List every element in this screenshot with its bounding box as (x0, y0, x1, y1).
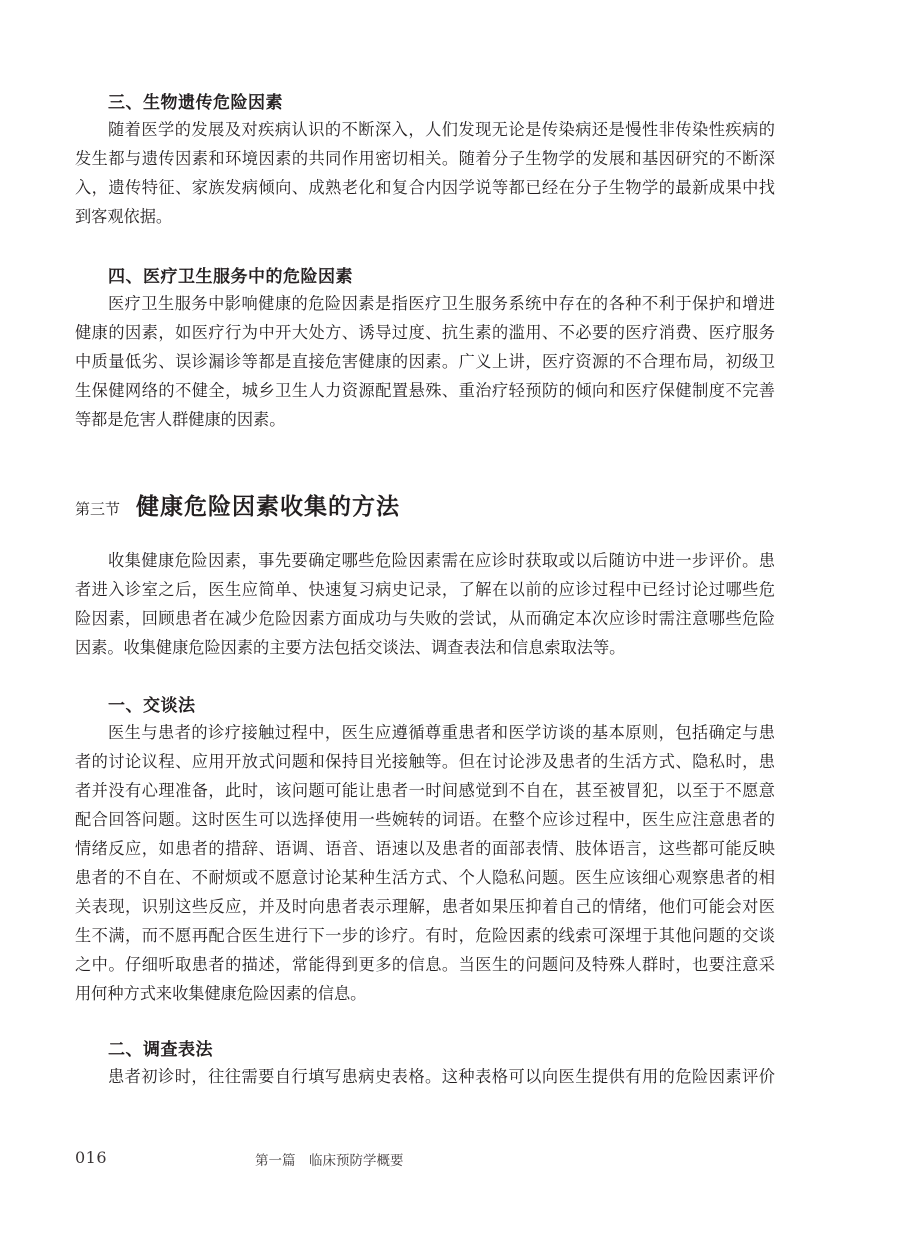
text-line: 生保健网络的不健全，城乡卫生人力资源配置悬殊、重治疗轻预防的倾向和医疗保健制度不… (75, 376, 775, 405)
text-line: 等都是危害人群健康的因素。 (75, 405, 775, 434)
text-line: 健康的因素，如医疗行为中开大处方、诱导过度、抗生素的滥用、不必要的医疗消费、医疗… (75, 318, 775, 347)
text-line: 医疗卫生服务中影响健康的危险因素是指医疗卫生服务系统中存在的各种不利于保护和增进 (75, 289, 775, 318)
text-line: 发生都与遗传因素和环境因素的共同作用密切相关。随着分子生物学的发展和基因研究的不… (75, 144, 775, 173)
text-line: 医生与患者的诊疗接触过程中，医生应遵循尊重患者和医学访谈的基本原则，包括确定与患 (75, 718, 775, 747)
text-line: 者的讨论议程、应用开放式问题和保持目光接触等。但在讨论涉及患者的生活方式、隐私时… (75, 747, 775, 776)
text-line: 患者初诊时，往往需要自行填写患病史表格。这种表格可以向医生提供有用的危险因素评价 (75, 1062, 775, 1091)
running-head: 第一篇 临床预防学概要 (255, 1149, 404, 1169)
paragraph-medical-service-risk: 医疗卫生服务中影响健康的危险因素是指医疗卫生服务系统中存在的各种不利于保护和增进… (75, 289, 775, 434)
text-line: 患者的不自在、不耐烦或不愿意讨论某种生活方式、个人隐私问题。医生应该细心观察患者… (75, 863, 775, 892)
text-line: 者并没有心理准备，此时，该问题可能让患者一时间感觉到不自在，甚至被冒犯，以至于不… (75, 776, 775, 805)
section-number: 第三节 (75, 498, 120, 519)
subheading-questionnaire-method: 二、调查表法 (108, 1035, 213, 1060)
text-line: 者进入诊室之后，医生应简单、快速复习病史记录，了解在以前的应诊过程中已经讨论过哪… (75, 575, 775, 604)
text-line: 收集健康危险因素，事先要确定哪些危险因素需在应诊时获取或以后随访中进一步评价。患 (75, 546, 775, 575)
subheading-medical-service-risk: 四、医疗卫生服务中的危险因素 (108, 262, 353, 287)
text-line: 关表现，识别这些反应，并及时向患者表示理解，患者如果压抑着自己的情绪，他们可能会… (75, 892, 775, 921)
paragraph-questionnaire-method: 患者初诊时，往往需要自行填写患病史表格。这种表格可以向医生提供有用的危险因素评价 (75, 1062, 775, 1091)
text-line: 生不满，而不愿再配合医生进行下一步的诊疗。有时，危险因素的线索可深埋于其他问题的… (75, 921, 775, 950)
text-line: 随着医学的发展及对疾病认识的不断深入，人们发现无论是传染病还是慢性非传染性疾病的 (75, 115, 775, 144)
page-number: 016 (75, 1148, 107, 1167)
text-line: 情绪反应，如患者的措辞、语调、语音、语速以及患者的面部表情、肢体语言，这些都可能… (75, 834, 775, 863)
text-line: 用何种方式来收集健康危险因素的信息。 (75, 979, 775, 1008)
paragraph-interview-method: 医生与患者的诊疗接触过程中，医生应遵循尊重患者和医学访谈的基本原则，包括确定与患… (75, 718, 775, 1008)
text-line: 配合回答问题。这时医生可以选择使用一些婉转的词语。在整个应诊过程中，医生应注意患… (75, 805, 775, 834)
paragraph-section-intro: 收集健康危险因素，事先要确定哪些危险因素需在应诊时获取或以后随访中进一步评价。患… (75, 546, 775, 662)
section-name: 健康危险因素收集的方法 (136, 488, 400, 521)
subheading-interview-method: 一、交谈法 (108, 691, 196, 716)
subheading-biological-risk: 三、生物遗传危险因素 (108, 88, 283, 113)
text-line: 入，遗传特征、家族发病倾向、成熟老化和复合内因学说等都已经在分子生物学的最新成果… (75, 173, 775, 202)
text-line: 险因素，回顾患者在减少危险因素方面成功与失败的尝试，从而确定本次应诊时需注意哪些… (75, 604, 775, 633)
text-line: 到客观依据。 (75, 202, 775, 231)
page-footer: 016 第一篇 临床预防学概要 (75, 1148, 775, 1172)
paragraph-biological-risk: 随着医学的发展及对疾病认识的不断深入，人们发现无论是传染病还是慢性非传染性疾病的… (75, 115, 775, 231)
text-line: 因素。收集健康危险因素的主要方法包括交谈法、调查表法和信息索取法等。 (75, 633, 775, 662)
text-line: 中质量低劣、误诊漏诊等都是直接危害健康的因素。广义上讲，医疗资源的不合理布局，初… (75, 347, 775, 376)
text-line: 之中。仔细听取患者的描述，常能得到更多的信息。当医生的问题问及特殊人群时，也要注… (75, 950, 775, 979)
section-title: 第三节 健康危险因素收集的方法 (75, 488, 400, 521)
